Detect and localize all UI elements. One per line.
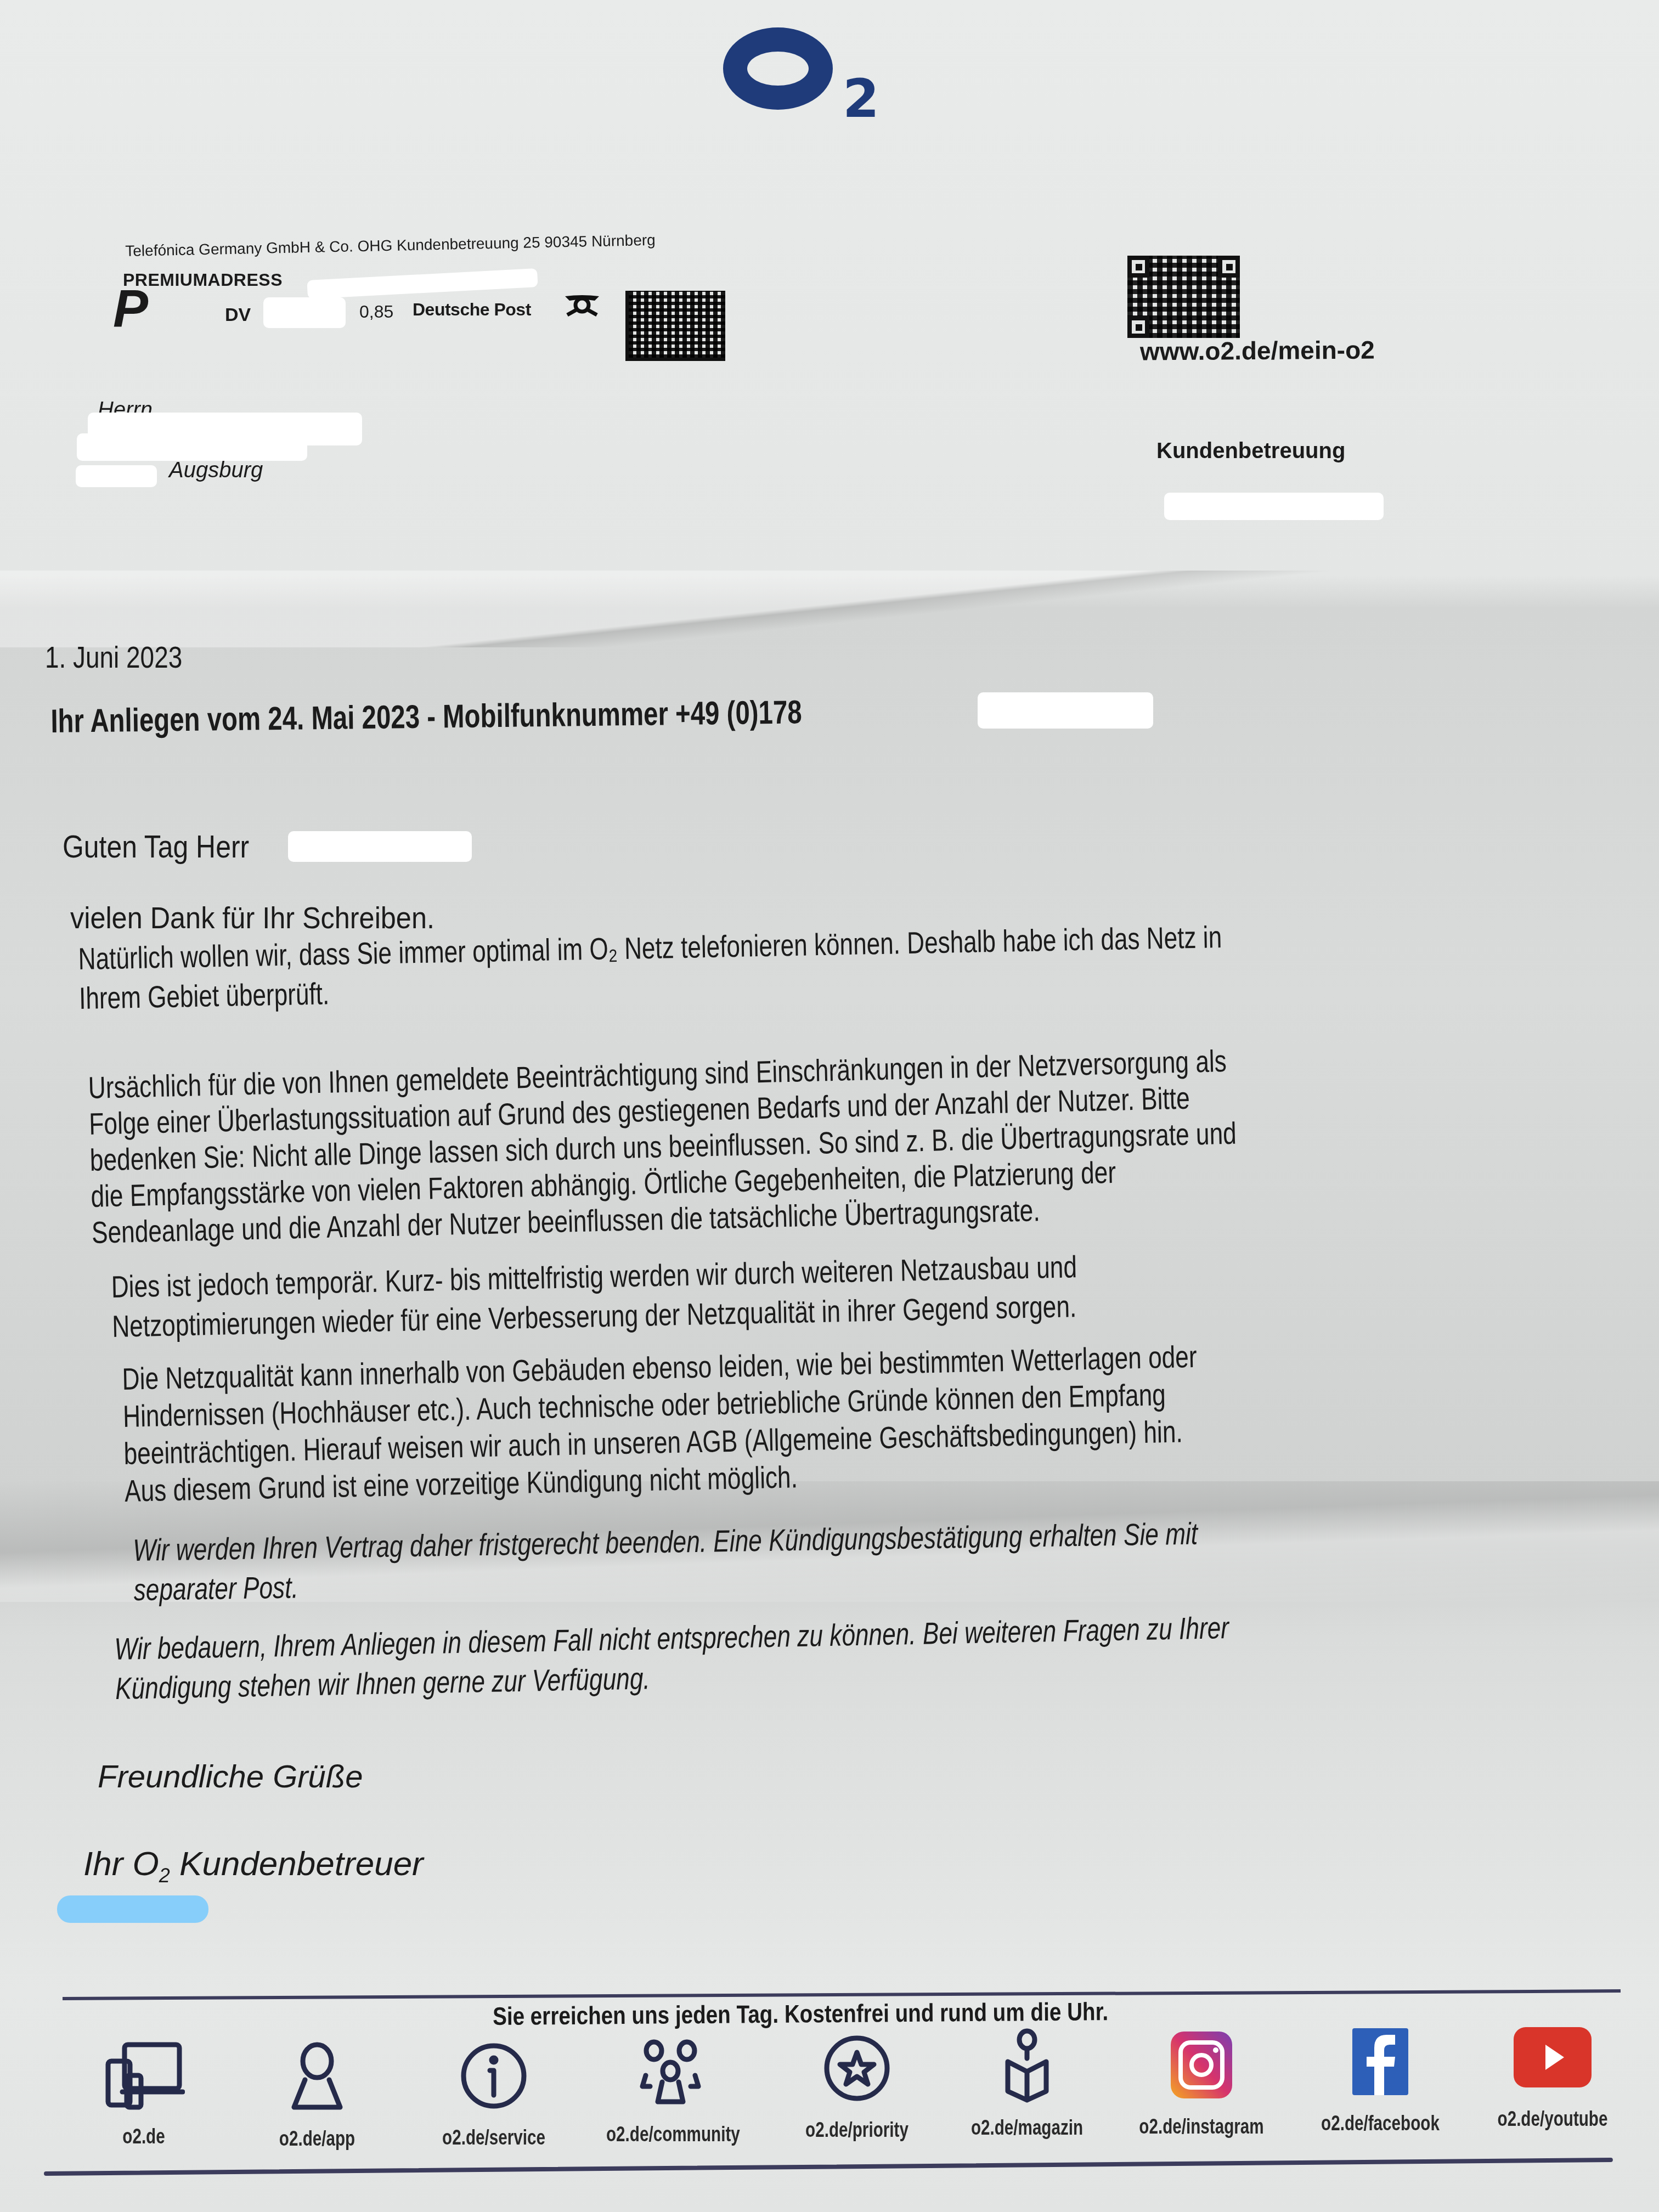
mein-o2-url[interactable]: www.o2.de/mein-o2 [1140, 335, 1375, 366]
footer-link-label: o2.de/priority [793, 2119, 921, 2142]
signature-prefix: Ihr O [83, 1845, 159, 1883]
footer-tagline: Sie erreichen uns jeden Tag. Kostenfrei … [493, 1996, 1109, 2031]
footer-link-label: o2.de/youtube [1488, 2108, 1617, 2131]
redaction [307, 268, 538, 299]
dv-label: DV [225, 304, 251, 326]
devices-icon [103, 2039, 185, 2111]
carrier-name: Deutsche Post [413, 300, 531, 320]
paragraph-regret: Wir bedauern, Ihrem Anliegen in diesem F… [114, 1608, 1230, 1708]
signature-suffix: Kundenbetreuer [170, 1845, 424, 1883]
footer-link-label: o2.de/service [430, 2126, 558, 2150]
footer-link-facebook[interactable]: o2.de/facebook [1298, 2023, 1463, 2136]
sender-return-address: Telefónica Germany GmbH & Co. OHG Kunden… [125, 232, 656, 260]
paragraph-temporary: Dies ist jedoch temporär. Kurz- bis mitt… [111, 1247, 1078, 1346]
o2-logo-subscript: 2 [843, 72, 879, 125]
letter-greeting: Guten Tag Herr [63, 828, 249, 865]
footer-link-community[interactable]: o2.de/community [588, 2034, 753, 2147]
redaction [263, 297, 346, 328]
footer-link-label: o2.de/instagram [1137, 2115, 1266, 2139]
footer-link-label: o2.de/app [253, 2128, 381, 2151]
footer-link-service[interactable]: o2.de/service [411, 2038, 576, 2150]
postage-amount: 0,85 [359, 302, 393, 322]
footer-link-priority[interactable]: o2.de/priority [775, 2030, 939, 2142]
paragraph-contract-end: Wir werden Ihren Vertrag daher fristgere… [133, 1514, 1199, 1610]
person-icon [284, 2041, 350, 2113]
recipient-city: Augsburg [169, 458, 263, 483]
paragraph-cause: Ursächlich für die von Ihnen gemeldete B… [88, 1043, 1239, 1251]
footer-link-label: o2.de/magazin [963, 2117, 1091, 2140]
letter-date: 1. Juni 2023 [45, 639, 182, 675]
star-circle-icon [821, 2033, 893, 2104]
redaction [76, 465, 157, 487]
footer-link-label: o2.de/facebook [1316, 2112, 1444, 2136]
o2-logo: 2 [723, 22, 888, 126]
postage-p-mark: P [113, 283, 148, 335]
o2-logo-circle [723, 27, 833, 110]
redaction [288, 831, 472, 862]
sender-department: Kundenbetreuung [1156, 439, 1345, 464]
footer-link-youtube[interactable]: o2.de/youtube [1470, 2019, 1635, 2131]
redaction [77, 433, 307, 461]
paragraph-indoor-quality: Die Netzqualität kann innerhalb von Gebä… [122, 1338, 1200, 1510]
postage-datamatrix-code [625, 291, 725, 361]
facebook-icon [1350, 2026, 1410, 2097]
posthorn-icon [562, 293, 602, 317]
paper-fold-shadow [0, 571, 1659, 647]
footer-link-magazin[interactable]: o2.de/magazin [945, 2028, 1109, 2140]
footer-bottom-rule [44, 2158, 1613, 2176]
footer-link-o2de[interactable]: o2.de [61, 2036, 226, 2149]
reader-icon [997, 2028, 1057, 2104]
instagram-icon [1169, 2029, 1234, 2101]
letter-closing: Freundliche Grüße [98, 1758, 363, 1795]
footer-link-app[interactable]: o2.de/app [235, 2039, 399, 2151]
redaction [978, 692, 1153, 729]
qr-code[interactable] [1127, 256, 1240, 338]
letter-opening: vielen Dank für Ihr Schreiben. [70, 900, 435, 935]
footer-link-instagram[interactable]: o2.de/instagram [1119, 2027, 1284, 2139]
signature-redaction [57, 1895, 208, 1923]
youtube-icon [1511, 2022, 1594, 2093]
redaction [1164, 493, 1384, 520]
community-icon [635, 2037, 706, 2108]
letter-subject: Ihr Anliegen vom 24. Mai 2023 - Mobilfun… [50, 693, 802, 740]
signature-subscript: 2 [159, 1864, 170, 1887]
letter-signature: Ihr O2 Kundenbetreuer [83, 1844, 424, 1887]
footer-link-label: o2.de [80, 2125, 208, 2149]
info-icon [458, 2040, 529, 2112]
footer-link-label: o2.de/community [606, 2123, 735, 2147]
